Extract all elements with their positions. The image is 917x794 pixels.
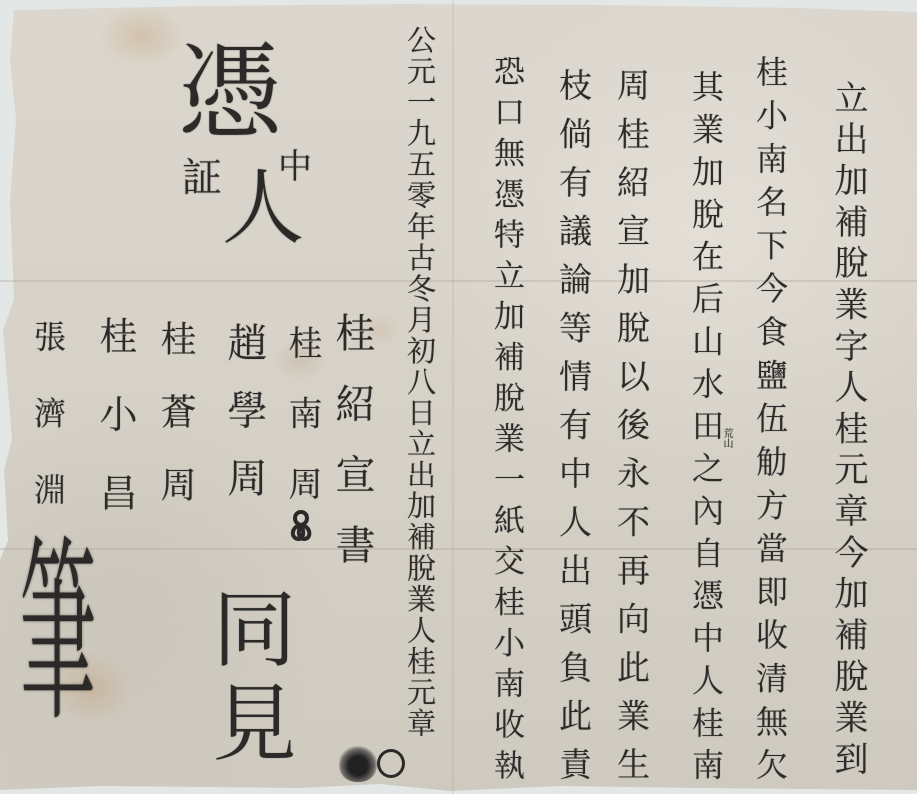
signatory-1: 桂紹宣書 [332,312,372,564]
joint-witness: 同見 [206,585,290,763]
text-column-2: 桂小南名下今食鹽伍觔方當即收清無欠 [754,55,786,780]
text-column-3: 其業加脫在后山水田之內自憑中人桂南 [690,70,722,780]
signatory-2: 桂南周 [285,325,319,500]
text-column-4: 周桂紹宣加脫以後永不再向此業生 [615,68,648,780]
signatory-5: 桂小昌 [96,316,134,511]
circle-mark-icon [377,749,405,778]
signatory-4: 桂蒼周 [157,320,193,502]
fold-crease [452,0,454,794]
interlinear-note: 荒山 [721,428,731,454]
date-column: 公元一九五零年古冬月初八日立出加補脫業人桂元章 [405,25,434,737]
text-column-1: 立出加補脫業字人桂元章今加補脫業到 [831,80,865,775]
text-column-6: 恐口無憑特立加補脫業一紙交桂小南收執 [490,55,521,780]
ink-blot [339,746,377,782]
witness-heading-ping: 憑 [178,40,282,144]
signatory-suffix: 書 [329,524,375,564]
signatory-name: 桂紹宣 [329,312,375,524]
signatory-6: 張濟淵 [32,320,64,505]
scribe-mark: 筆 [20,536,96,734]
witness-heading-zheng: 証 [182,158,222,198]
signature-mark-icon [287,508,315,542]
witness-heading-ren: 人 [222,168,304,250]
text-column-5: 枝倘有議論等情有中人出頭負此責 [557,68,590,780]
signatory-3: 趙學周 [224,322,264,497]
